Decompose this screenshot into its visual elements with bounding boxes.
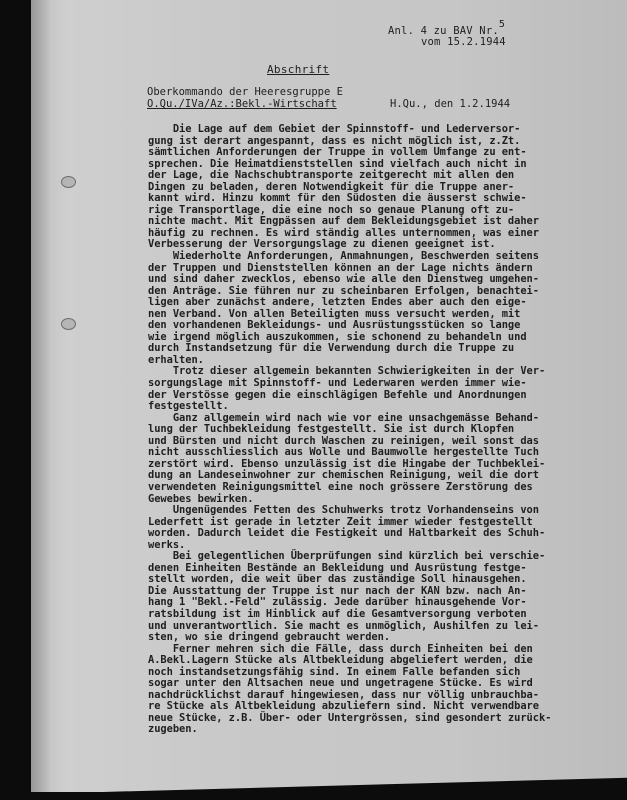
body-text-line: sämtlichen Anforderungen der Truppe in v… [148,147,614,159]
document-page: Anl. 4 zu BAV Nr.5 vom 15.2.1944 Abschri… [31,0,627,792]
document-body: Die Lage auf dem Gebiet der Spinnstoff- … [148,124,614,736]
organization-name: Oberkommando der Heeresgruppe E [147,86,343,98]
document-title: Abschrift [267,63,329,76]
body-text-line: durch Instandsetzung für die Verwendung … [148,343,614,355]
body-text-line: verwendeten Reinigungsmittel eine noch g… [148,482,614,494]
body-text-line: Wiederholte Anforderungen, Anmahnungen, … [148,251,614,263]
body-text-line: und sind daher zwecklos, ebenso wie alle… [148,274,614,286]
place-and-date: H.Qu., den 1.2.1944 [390,98,510,110]
body-text-line: Ungenügendes Fetten des Schuhwerks trotz… [148,505,614,517]
body-text-line: ratsbildung ist im Hinblick auf die Gesa… [148,609,614,621]
body-text-line: A.Bekl.Lagern Stücke als Altbekleidung a… [148,655,614,667]
body-text-line: worden. Dadurch leidet die Festigkeit un… [148,528,614,540]
reference-number: 5 [499,19,505,30]
letterhead: Oberkommando der Heeresgruppe E O.Qu./IV… [147,86,343,110]
office-reference: O.Qu./IVa/Az.:Bekl.-Wirtschaft [147,98,343,110]
body-text-line: festgestellt. [148,401,614,413]
attachment-reference: Anl. 4 zu BAV Nr.5 vom 15.2.1944 [388,26,506,48]
body-text-line: sten, wo sie dringend gebraucht werden. [148,632,614,644]
body-text-line: neue Stücke, z.B. Über- oder Untergrösse… [148,713,614,725]
body-text-line: zugeben. [148,724,614,736]
reference-date: vom 15.2.1944 [388,37,506,48]
body-text-line: sorgungslage mit Spinnstoff- und Lederwa… [148,378,614,390]
body-text-line: der Lage, die Nachschubtransporte zeitge… [148,170,614,182]
typewritten-document: Anl. 4 zu BAV Nr.5 vom 15.2.1944 Abschri… [31,0,627,792]
body-text-line: Die Lage auf dem Gebiet der Spinnstoff- … [148,124,614,136]
